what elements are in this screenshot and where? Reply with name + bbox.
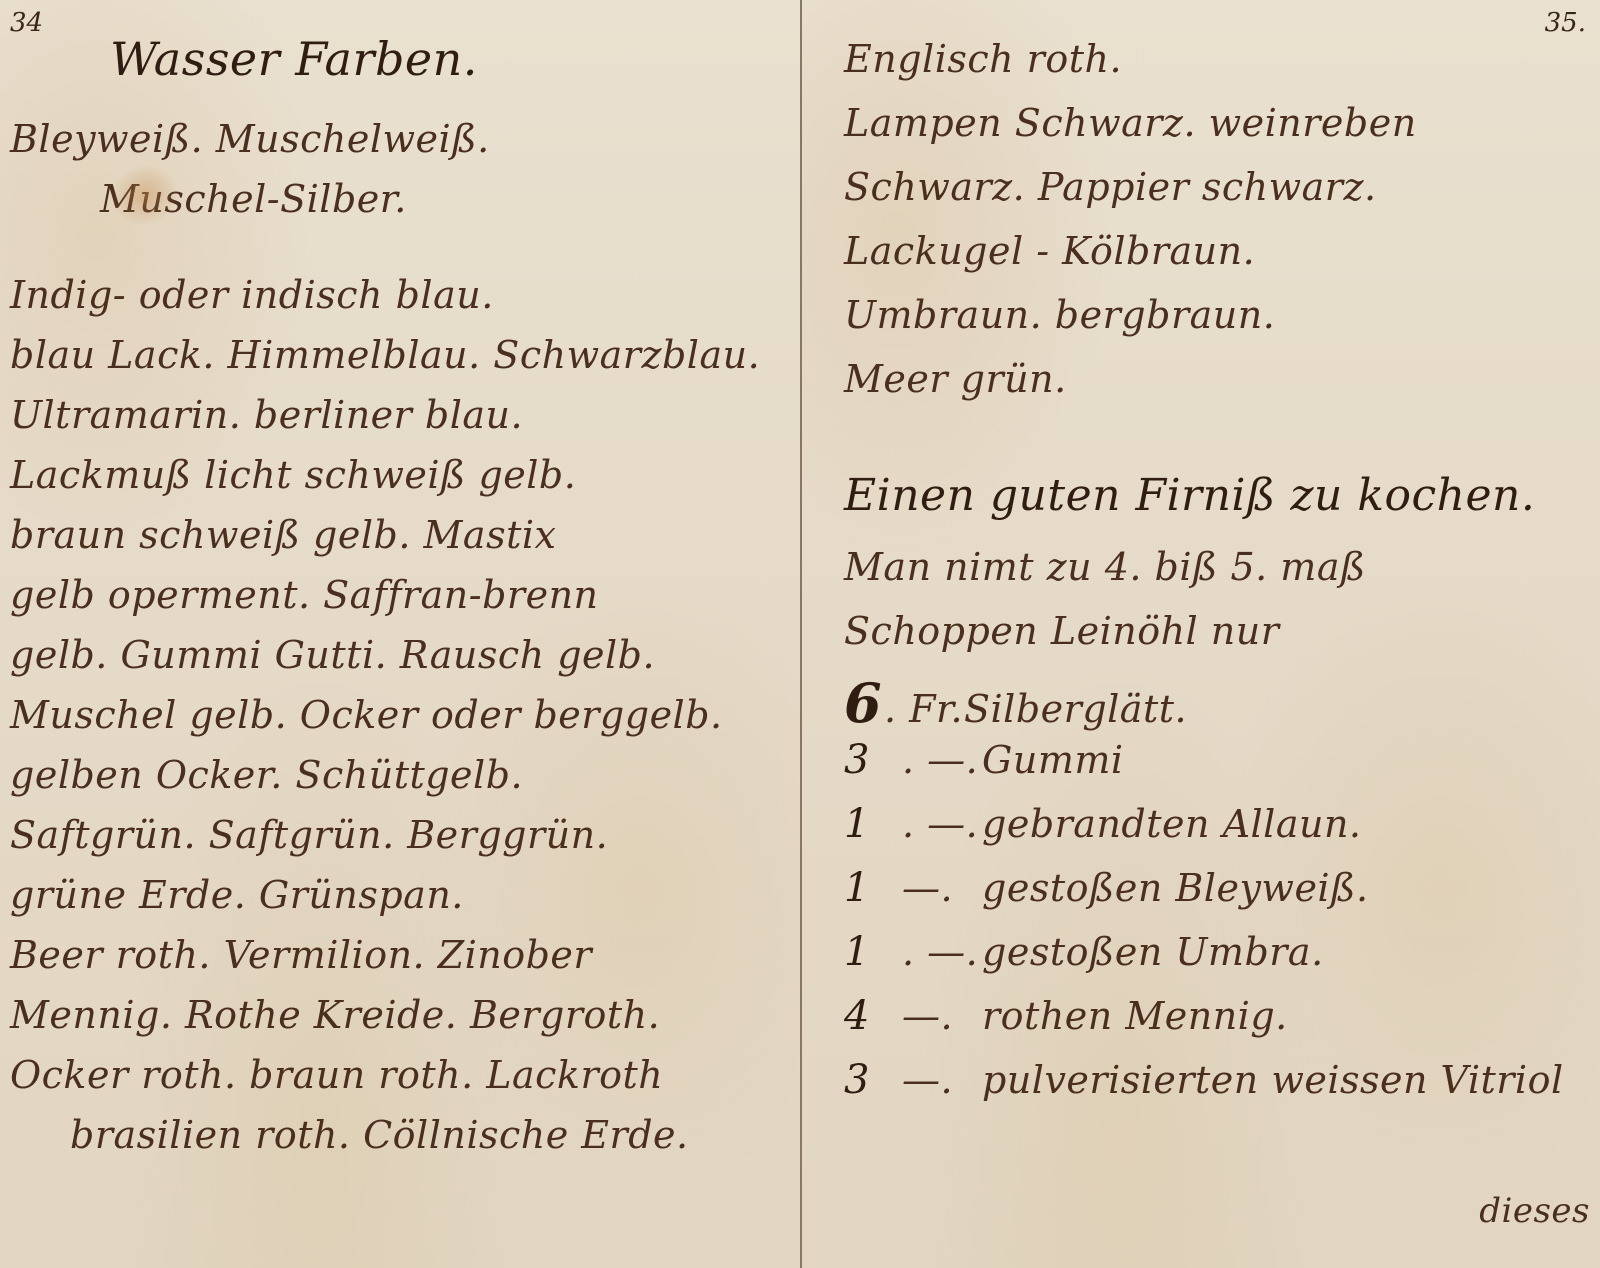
- text-line: Ultramarin. berliner blau.: [10, 396, 790, 456]
- ingredient-unit: . —.: [902, 933, 982, 971]
- ingredient-quantity: 3: [844, 740, 902, 780]
- ingredient-name: rothen Mennig.: [982, 997, 1288, 1035]
- left-page: 34 Wasser Farben. Bleyweiß. Muschelweiß.…: [0, 0, 800, 1268]
- ingredient-row: 6 . Fr. Silberglätt.: [844, 676, 1600, 740]
- text-line: Mennig. Rothe Kreide. Bergroth.: [10, 996, 790, 1056]
- text-line: Schwarz. Pappier schwarz.: [844, 168, 1600, 232]
- text-line: Saftgrün. Saftgrün. Berggrün.: [10, 816, 790, 876]
- ingredient-quantity: 3: [844, 1060, 902, 1100]
- recipe-title: Einen guten Firniß zu kochen.: [844, 474, 1600, 548]
- text-line: brasilien roth. Cöllnische Erde.: [10, 1116, 790, 1176]
- ingredient-unit: . —.: [902, 741, 982, 779]
- ingredient-row: 3 . —. Gummi: [844, 740, 1600, 804]
- ingredient-name: Silberglätt.: [964, 690, 1187, 728]
- folio-number-right: 35.: [1545, 8, 1586, 38]
- ingredient-row: 3 —. pulverisierten weissen Vitriol: [844, 1060, 1600, 1124]
- ingredient-name: Gummi: [982, 741, 1124, 779]
- ingredient-row: 1 —. gestoßen Bleyweiß.: [844, 868, 1600, 932]
- text-line: Meer grün.: [844, 360, 1600, 424]
- text-line: braun schweiß gelb. Mastix: [10, 516, 790, 576]
- text-line: blau Lack. Himmelblau. Schwarzblau.: [10, 336, 790, 396]
- text-line: Beer roth. Vermilion. Zinober: [10, 936, 790, 996]
- text-line: grüne Erde. Grünspan.: [10, 876, 790, 936]
- ingredient-list: 6 . Fr. Silberglätt. 3 . —. Gummi 1 . —.…: [844, 676, 1600, 1124]
- text-line: Englisch roth.: [844, 40, 1600, 104]
- ingredient-name: gebrandten Allaun.: [982, 805, 1362, 843]
- text-line: gelb. Gummi Gutti. Rausch gelb.: [10, 636, 790, 696]
- ingredient-quantity: 1: [844, 804, 902, 844]
- ingredient-unit: —.: [902, 869, 982, 907]
- text-line: gelb operment. Saffran-brenn: [10, 576, 790, 636]
- text-line: Lackugel - Kölbraun.: [844, 232, 1600, 296]
- text-line: Ocker roth. braun roth. Lackroth: [10, 1056, 790, 1116]
- ingredient-name: gestoßen Bleyweiß.: [982, 869, 1369, 907]
- ingredient-row: 4 —. rothen Mennig.: [844, 996, 1600, 1060]
- right-page: 35. Englisch roth. Lampen Schwarz. weinr…: [800, 0, 1600, 1268]
- page-title: Wasser Farben.: [110, 36, 790, 120]
- text-line: gelben Ocker. Schüttgelb.: [10, 756, 790, 816]
- text-line: Lampen Schwarz. weinreben: [844, 104, 1600, 168]
- ingredient-quantity: 6: [844, 676, 884, 730]
- catchword: dieses: [1479, 1194, 1590, 1228]
- ingredient-unit: . Fr.: [884, 690, 964, 728]
- ingredient-row: 1 . —. gestoßen Umbra.: [844, 932, 1600, 996]
- ingredient-quantity: 4: [844, 996, 902, 1036]
- ingredient-row: 1 . —. gebrandten Allaun.: [844, 804, 1600, 868]
- ingredient-unit: —.: [902, 997, 982, 1035]
- ingredient-quantity: 1: [844, 932, 902, 972]
- ingredient-unit: . —.: [902, 805, 982, 843]
- text-line: Lackmuß licht schweiß gelb.: [10, 456, 790, 516]
- ingredient-quantity: 1: [844, 868, 902, 908]
- ingredient-name: pulverisierten weissen Vitriol: [982, 1061, 1564, 1099]
- ingredient-name: gestoßen Umbra.: [982, 933, 1324, 971]
- ingredient-unit: —.: [902, 1061, 982, 1099]
- text-line: Umbraun. bergbraun.: [844, 296, 1600, 360]
- text-line: Indig- oder indisch blau.: [10, 276, 790, 336]
- recipe-intro-line: Schoppen Leinöhl nur: [844, 612, 1600, 676]
- recipe-intro-line: Man nimt zu 4. biß 5. maß: [844, 548, 1600, 612]
- folio-number-left: 34: [10, 8, 43, 38]
- book-spread: 34 Wasser Farben. Bleyweiß. Muschelweiß.…: [0, 0, 1600, 1268]
- text-line: Muschel gelb. Ocker oder berggelb.: [10, 696, 790, 756]
